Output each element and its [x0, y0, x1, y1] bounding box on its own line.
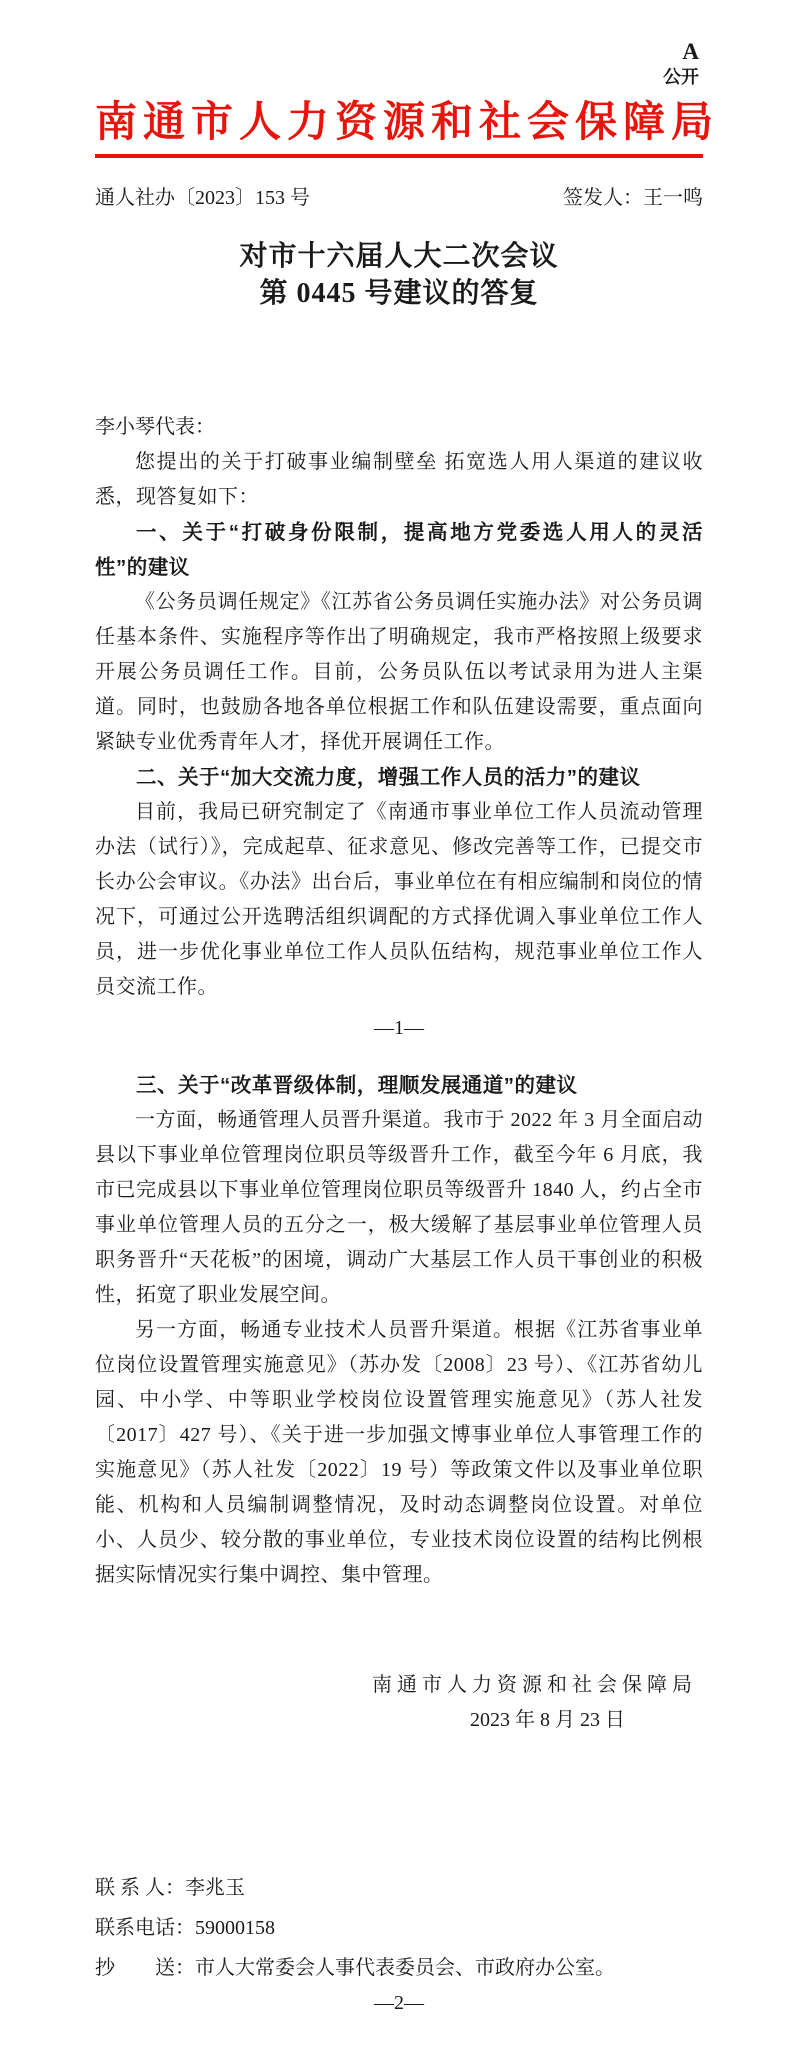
heading-section-3: 三、关于“改革晋级体制，理顺发展通道”的建议 — [95, 1068, 703, 1103]
masthead-title: 南通市人力资源和社会保障局 — [95, 98, 703, 148]
signature-org: 南通市人力资源和社会保障局 — [372, 1668, 703, 1703]
signature-block: 南通市人力资源和社会保障局 2023 年 8 月 23 日 — [95, 1668, 703, 1738]
classification-mark: A — [95, 40, 699, 64]
doc-number: 通人社办〔2023〕153 号 — [95, 184, 310, 212]
paragraph-section-3b: 另一方面，畅通专业技术人员晋升渠道。根据《江苏省事业单位岗位设置管理实施意见》（… — [95, 1313, 703, 1593]
classification-block: A 公开 — [95, 40, 703, 90]
paragraph-intro: 您提出的关于打破事业编制壁垒 拓宽选人用人渠道的建议收悉，现答复如下： — [95, 445, 703, 515]
contact-person: 联 系 人：李兆玉 — [95, 1868, 703, 1908]
page-number-1: —1— — [95, 1013, 703, 1043]
issuer: 签发人：王一鸣 — [563, 184, 703, 212]
doc-number-row: 通人社办〔2023〕153 号 签发人：王一鸣 — [95, 184, 703, 212]
document-page: A 公开 南通市人力资源和社会保障局 通人社办〔2023〕153 号 签发人：王… — [0, 0, 793, 2063]
paragraph-section-3a: 一方面，畅通管理人员晋升渠道。我市于 2022 年 3 月全面启动县以下事业单位… — [95, 1103, 703, 1313]
document-title: 对市十六届人大二次会议 第 0445 号建议的答复 — [95, 238, 703, 312]
heading-section-1: 一、关于“打破身份限制，提高地方党委选人用人的灵活性”的建议 — [95, 515, 703, 585]
paragraph-section-2: 目前，我局已研究制定了《南通市事业单位工作人员流动管理办法（试行）》，完成起草、… — [95, 795, 703, 1005]
signature-date: 2023 年 8 月 23 日 — [470, 1703, 625, 1738]
document-title-line1: 对市十六届人大二次会议 — [95, 238, 703, 275]
cc-line: 抄 送：市人大常委会人事代表委员会、市政府办公室。 — [95, 1948, 703, 1988]
document-title-line2: 第 0445 号建议的答复 — [95, 275, 703, 312]
salutation: 李小琴代表： — [95, 410, 703, 445]
heading-section-2: 二、关于“加大交流力度，增强工作人员的活力”的建议 — [95, 760, 703, 795]
paragraph-section-1: 《公务员调任规定》《江苏省公务员调任实施办法》对公务员调任基本条件、实施程序等作… — [95, 585, 703, 760]
masthead-rule — [95, 154, 703, 158]
public-mark: 公开 — [95, 64, 699, 90]
footer-contact-block: 联 系 人：李兆玉 联系电话：59000158 抄 送：市人大常委会人事代表委员… — [95, 1868, 703, 1988]
page-number-2: —2— — [95, 1988, 703, 2018]
contact-phone: 联系电话：59000158 — [95, 1908, 703, 1948]
